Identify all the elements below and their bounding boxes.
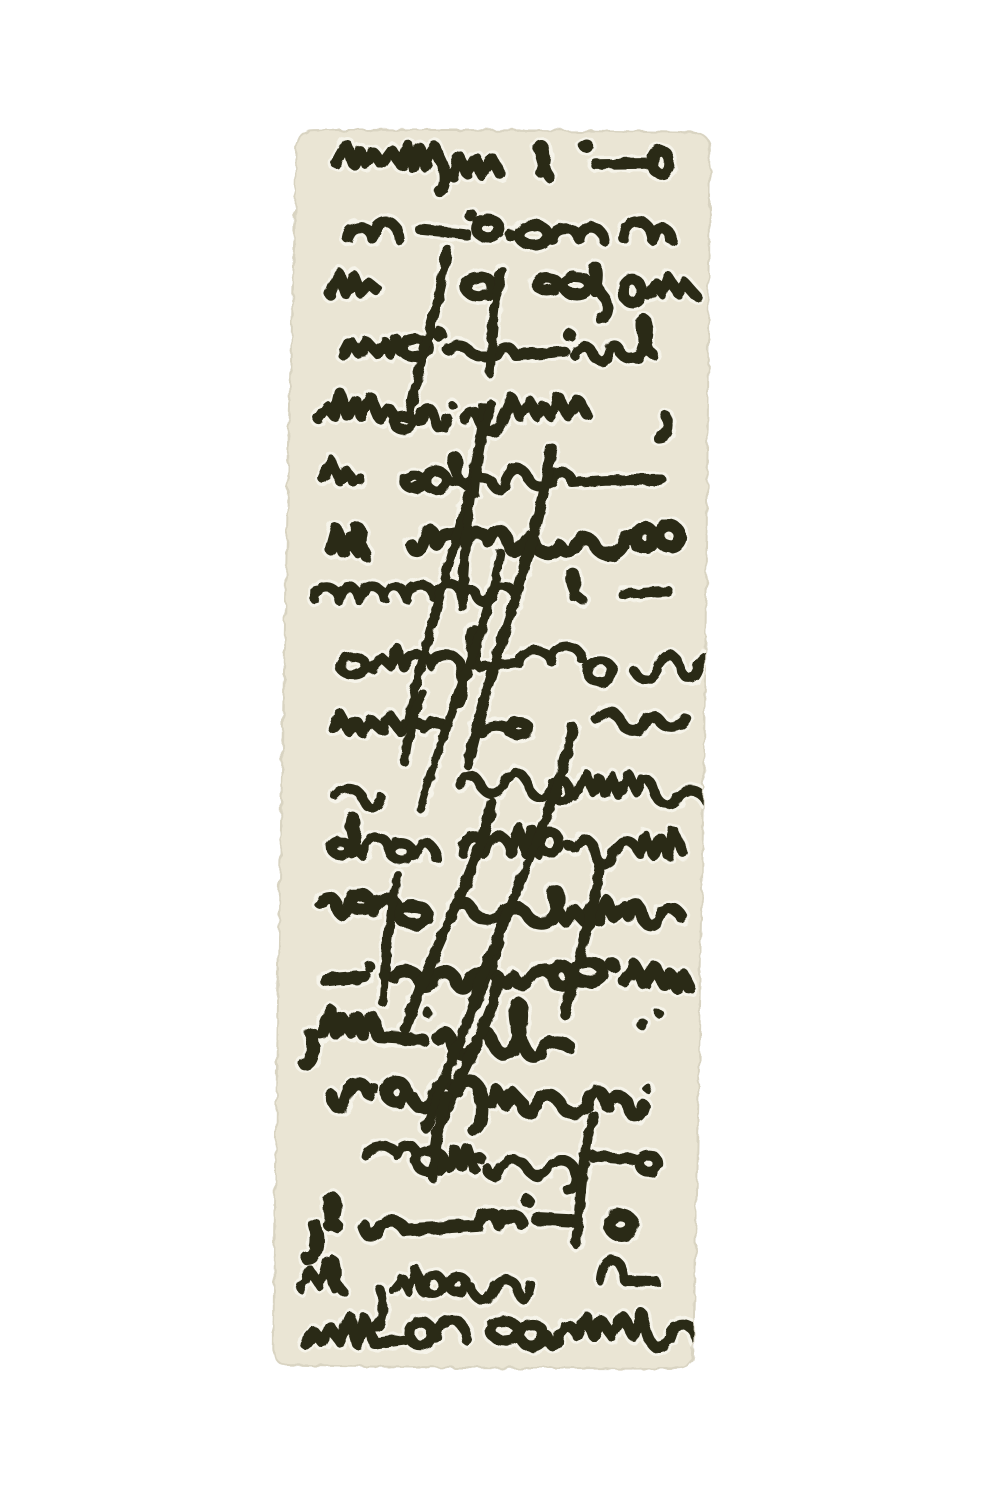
calligraphy-dot xyxy=(423,1008,433,1018)
calligraphy-dot xyxy=(380,970,390,980)
rug xyxy=(273,130,730,1368)
calligraphy-dot xyxy=(521,1194,534,1207)
calligraphy-dot xyxy=(636,1018,648,1030)
calligraphy-dot xyxy=(369,1083,380,1094)
calligraphy-dot xyxy=(433,327,447,341)
calligraphy-dot xyxy=(564,840,575,851)
product-photo xyxy=(0,0,1000,1500)
calligraphy-dot xyxy=(449,402,457,410)
calligraphy-dot xyxy=(606,958,620,972)
calligraphy-dot xyxy=(465,209,478,222)
calligraphy-dot xyxy=(563,329,576,342)
calligraphy-dot xyxy=(579,139,593,153)
calligraphy-dot xyxy=(364,961,375,972)
calligraphy-dot xyxy=(353,473,365,485)
rug-runner-image xyxy=(0,0,1000,1500)
calligraphy-dot xyxy=(473,1152,486,1165)
calligraphy-dot xyxy=(643,1084,652,1093)
calligraphy-dot xyxy=(505,230,517,242)
calligraphy-dot xyxy=(654,1009,663,1018)
